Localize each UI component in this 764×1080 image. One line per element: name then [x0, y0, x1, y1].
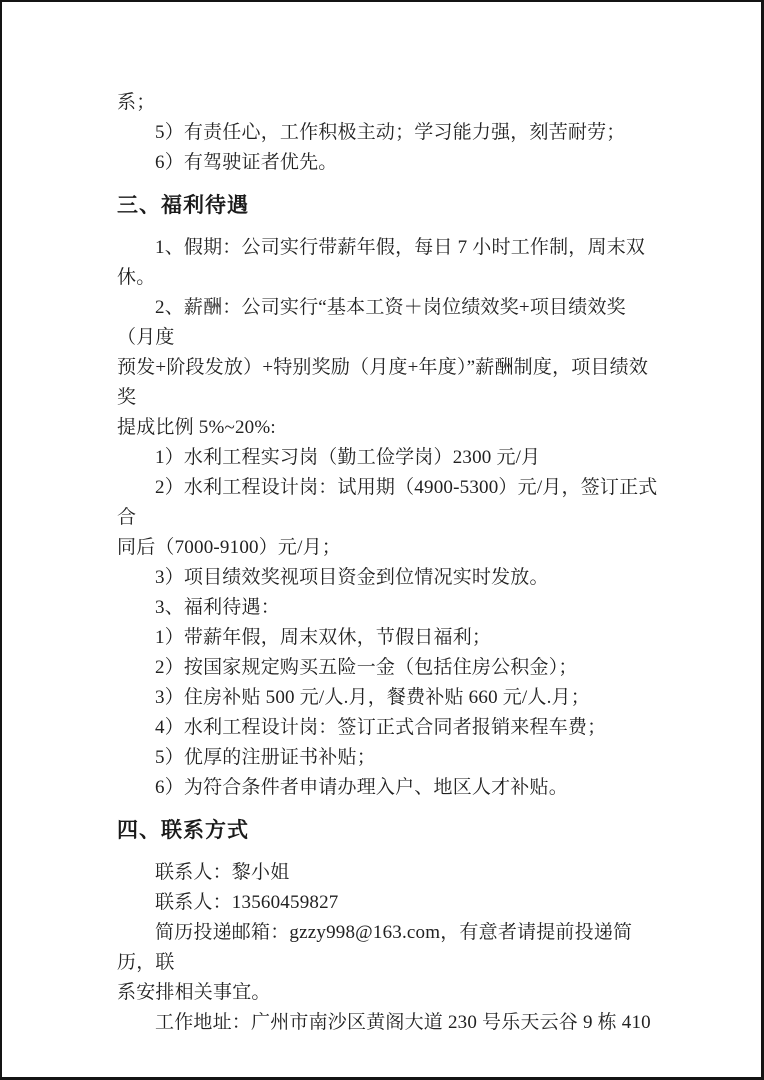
doc-line: 同后（7000-9100）元/月；: [117, 533, 663, 563]
doc-line: 2）按国家规定购买五险一金（包括住房公积金）；: [117, 653, 663, 683]
document-page: 系； 5）有责任心，工作积极主动；学习能力强，刻苦耐劳； 6）有驾驶证者优先。 …: [0, 0, 764, 1080]
doc-line: 4）水利工程设计岗：签订正式合同者报销来程车费；: [117, 713, 663, 743]
doc-line: 系；: [117, 88, 663, 118]
doc-line: 3）项目绩效奖视项目资金到位情况实时发放。: [117, 563, 663, 593]
section-heading-benefits: 三、福利待遇: [117, 191, 663, 221]
doc-line: 3、福利待遇：: [117, 593, 663, 623]
section-contact: 四、联系方式 联系人：黎小姐 联系人：13560459827 简历投递邮箱：gz…: [117, 816, 663, 1038]
doc-line contact-person-line: 联系人：黎小姐: [117, 858, 663, 888]
doc-line contact-phone-line: 联系人：13560459827: [117, 888, 663, 918]
doc-line: 1、假期：公司实行带薪年假，每日 7 小时工作制，周末双休。: [117, 233, 663, 293]
doc-line: 6）为符合条件者申请办理入户、地区人才补贴。: [117, 773, 663, 803]
doc-line: 1）水利工程实习岗（勤工俭学岗）2300 元/月: [117, 443, 663, 473]
document-content: 系； 5）有责任心，工作积极主动；学习能力强，刻苦耐劳； 6）有驾驶证者优先。 …: [2, 2, 761, 1038]
doc-line: 6）有驾驶证者优先。: [117, 148, 663, 178]
doc-line: 预发+阶段发放）+特别奖励（月度+年度）”薪酬制度，项目绩效奖: [117, 353, 663, 413]
doc-line: 5）优厚的注册证书补贴；: [117, 743, 663, 773]
doc-line: 2、薪酬：公司实行“基本工资＋岗位绩效奖+项目绩效奖（月度: [117, 293, 663, 353]
section-benefits: 三、福利待遇 1、假期：公司实行带薪年假，每日 7 小时工作制，周末双休。 2、…: [117, 191, 663, 803]
doc-line: 系安排相关事宜。: [117, 978, 663, 1008]
doc-line: 3）住房补贴 500 元/人.月，餐费补贴 660 元/人.月；: [117, 683, 663, 713]
doc-line contact-email-line: 简历投递邮箱：gzzy998@163.com，有意者请提前投递简历，联: [117, 918, 663, 978]
doc-line: 1）带薪年假，周末双休，节假日福利；: [117, 623, 663, 653]
doc-line: 提成比例 5%~20%:: [117, 413, 663, 443]
doc-line: 5）有责任心，工作积极主动；学习能力强，刻苦耐劳；: [117, 118, 663, 148]
section-heading-contact: 四、联系方式: [117, 816, 663, 846]
doc-line: 2）水利工程设计岗：试用期（4900-5300）元/月，签订正式合: [117, 473, 663, 533]
doc-line work-address-line: 工作地址：广州市南沙区黄阁大道 230 号乐天云谷 9 栋 410: [117, 1008, 663, 1038]
section-carryover: 系； 5）有责任心，工作积极主动；学习能力强，刻苦耐劳； 6）有驾驶证者优先。: [117, 88, 663, 178]
